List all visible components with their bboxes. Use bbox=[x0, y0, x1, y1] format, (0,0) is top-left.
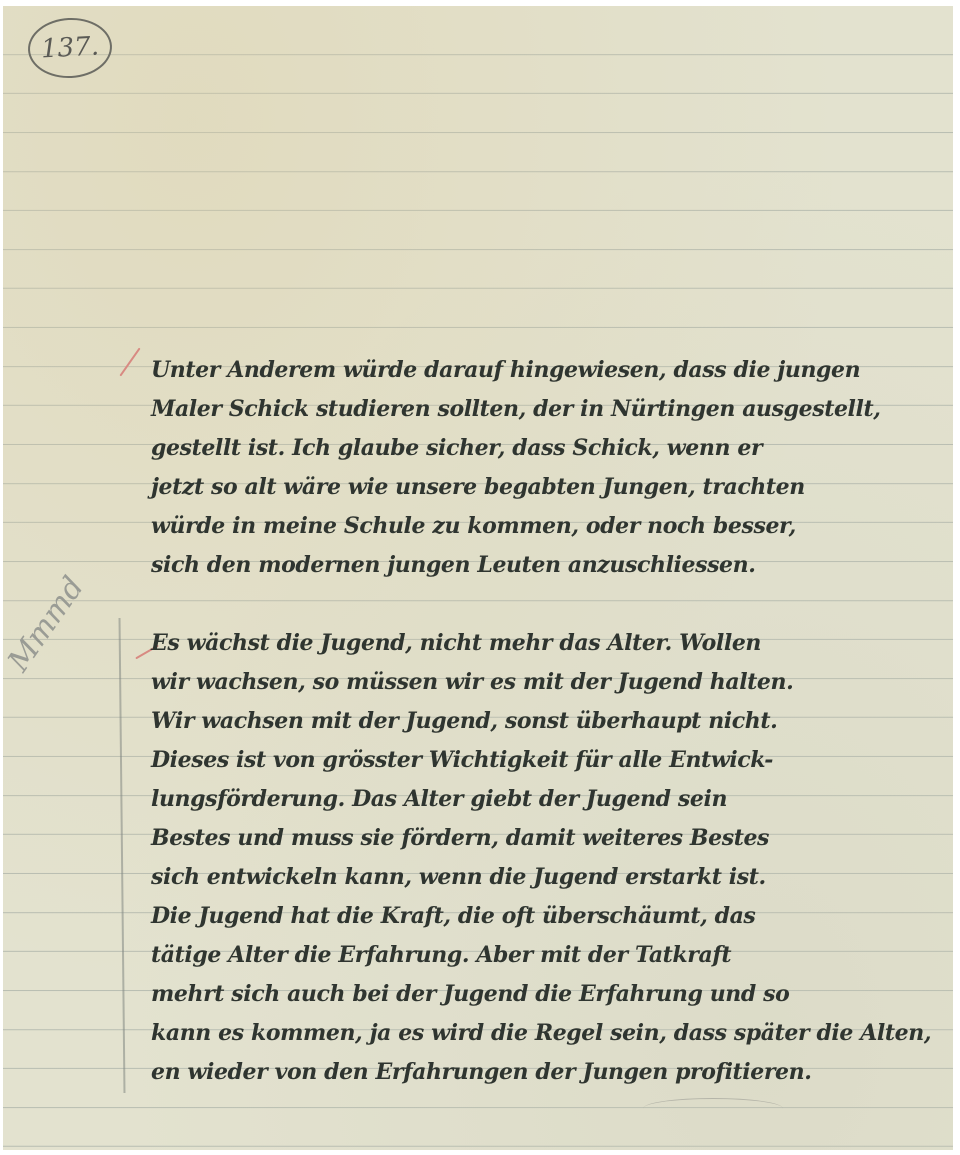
text-line: Die Jugend hat die Kraft, die oft übersc… bbox=[151, 897, 931, 936]
red-margin-mark bbox=[119, 348, 140, 377]
text-line: gestellt ist. Ich glaube sicher, dass Sc… bbox=[151, 429, 881, 468]
text-line: Unter Anderem würde darauf hingewiesen, … bbox=[151, 351, 881, 390]
text-line: Dieses ist von grösster Wichtigkeit für … bbox=[151, 741, 931, 780]
text-line: jetzt so alt wäre wie unsere begabten Ju… bbox=[151, 468, 881, 507]
text-line: mehrt sich auch bei der Jugend die Erfah… bbox=[151, 975, 931, 1014]
margin-pencil-note: Mmmd bbox=[1, 576, 132, 710]
text-line: Maler Schick studieren sollten, der in N… bbox=[151, 390, 881, 429]
page-number: 137. bbox=[26, 16, 113, 80]
text-line: tätige Alter die Erfahrung. Aber mit der… bbox=[151, 936, 931, 975]
text-line: kann es kommen, ja es wird die Regel sei… bbox=[151, 1014, 931, 1053]
pencil-squiggle bbox=[643, 1098, 783, 1119]
margin-pencil-line bbox=[119, 618, 126, 1093]
text-line: en wieder von den Erfahrungen der Jungen… bbox=[151, 1053, 931, 1092]
handwritten-page: 137. Mmmd Unter Anderem würde darauf hin… bbox=[3, 6, 953, 1150]
text-line: lungsförderung. Das Alter giebt der Juge… bbox=[151, 780, 931, 819]
text-line: wir wachsen, so müssen wir es mit der Ju… bbox=[151, 663, 931, 702]
text-line: sich den modernen jungen Leuten anzuschl… bbox=[151, 546, 881, 585]
paragraph-2: Es wächst die Jugend, nicht mehr das Alt… bbox=[151, 624, 931, 1092]
text-line: sich entwickeln kann, wenn die Jugend er… bbox=[151, 858, 931, 897]
text-line: Es wächst die Jugend, nicht mehr das Alt… bbox=[151, 624, 931, 663]
text-line: würde in meine Schule zu kommen, oder no… bbox=[151, 507, 881, 546]
text-line: Wir wachsen mit der Jugend, sonst überha… bbox=[151, 702, 931, 741]
text-line: Bestes und muss sie fördern, damit weite… bbox=[151, 819, 931, 858]
paragraph-1: Unter Anderem würde darauf hingewiesen, … bbox=[151, 351, 881, 585]
